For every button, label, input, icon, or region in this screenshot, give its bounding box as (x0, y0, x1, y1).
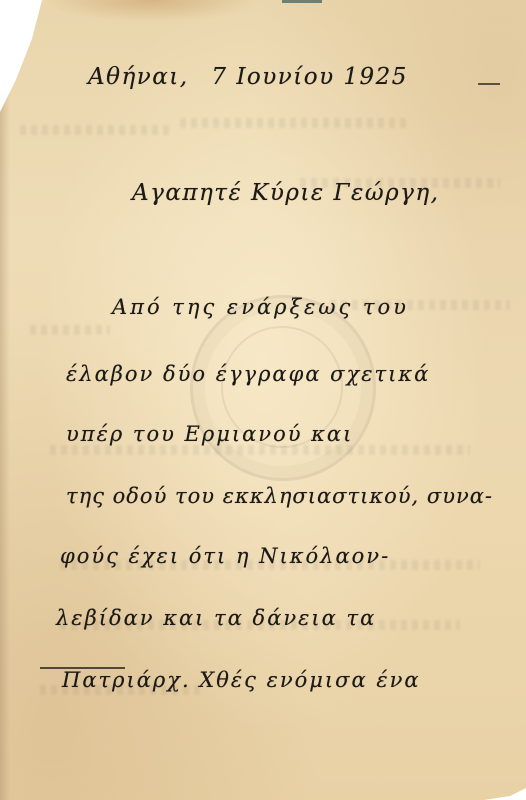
archive-tab-mark (282, 0, 322, 3)
paper-stain (40, 0, 260, 22)
letter-salutation: Αγαπητέ Κύριε Γεώργη, (132, 180, 439, 206)
letter-header: Αθήναι, 7 Ιουνίου 1925 (88, 64, 408, 90)
bleed-through-line (20, 125, 170, 135)
letter-date: 7 Ιουνίου 1925 (211, 64, 408, 90)
stamp-watermark (190, 295, 376, 481)
letter-place: Αθήναι, (88, 64, 189, 90)
body-line: Από της ενάρξεως του (112, 295, 409, 319)
body-line: της οδού του εκκλησιαστικού, συνα- (66, 484, 493, 508)
body-line: Πατριάρχ. Χθές ενόμισα ένα (62, 668, 421, 692)
body-line: φούς έχει ότι η Νικόλαον- (60, 544, 390, 568)
paper-edge-shadow (0, 80, 10, 800)
body-line: λεβίδαν και τα δάνεια τα (56, 606, 376, 630)
bleed-through-line (180, 118, 410, 128)
bleed-through-line (30, 325, 110, 335)
body-line: υπέρ του Ερμιανού και (66, 422, 353, 446)
letter-page: Αθήναι, 7 Ιουνίου 1925 Αγαπητέ Κύριε Γεώ… (0, 0, 526, 800)
body-line: έλαβον δύο έγγραφα σχετικά (66, 362, 430, 386)
margin-stroke (40, 667, 125, 669)
date-flourish (478, 83, 500, 85)
